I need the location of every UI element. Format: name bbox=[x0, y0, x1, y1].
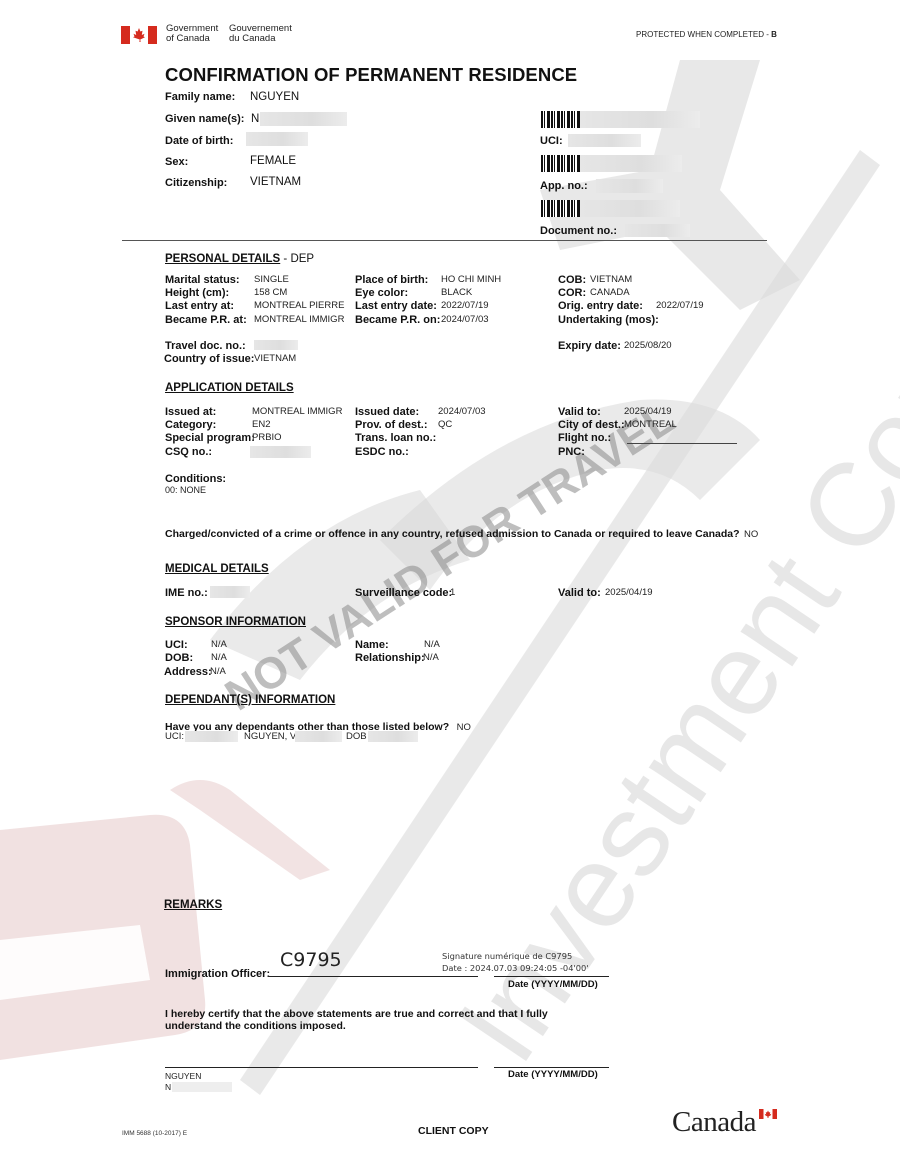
valid-to-value: 2025/04/19 bbox=[624, 406, 672, 417]
last-entry-at-value: MONTREAL PIERRE bbox=[254, 300, 344, 311]
dob-label: Date of birth: bbox=[165, 135, 233, 147]
eye-color-label: Eye color: bbox=[355, 287, 408, 299]
csq-label: CSQ no.: bbox=[165, 446, 212, 458]
wordmark-flag-icon bbox=[759, 1109, 777, 1119]
redacted-dependant-uci bbox=[185, 731, 238, 742]
criminality-answer: NO bbox=[744, 529, 758, 540]
sex-value: FEMALE bbox=[250, 155, 296, 167]
valid-to-label: Valid to: bbox=[558, 406, 601, 418]
last-entry-at-label: Last entry at: bbox=[165, 300, 234, 312]
officer-date-caption: Date (YYYY/MM/DD) bbox=[508, 979, 598, 990]
marital-status-value: SINGLE bbox=[254, 274, 289, 285]
sponsor-name-value: N/A bbox=[424, 639, 440, 650]
app-no-barcode bbox=[541, 155, 581, 172]
redacted-given-names bbox=[260, 112, 347, 126]
officer-date-line bbox=[494, 976, 609, 977]
sponsor-dob-label: DOB: bbox=[165, 652, 193, 664]
canada-wordmark: Canada bbox=[672, 1106, 782, 1138]
sponsor-dob-value: N/A bbox=[211, 652, 227, 663]
dependant-uci-label: UCI: bbox=[165, 731, 184, 742]
canada-wordmark-text: Canada bbox=[672, 1106, 756, 1138]
redacted-csq bbox=[250, 446, 311, 458]
personal-details-heading: PERSONAL DETAILS - DEP bbox=[165, 249, 314, 267]
cob-value: VIETNAM bbox=[590, 274, 632, 285]
pr-confirmation-document: Government of Canada Gouvernement du Can… bbox=[0, 0, 900, 1165]
uci-label: UCI: bbox=[540, 135, 563, 147]
sponsor-address-label: Address: bbox=[164, 666, 212, 678]
issued-date-value: 2024/07/03 bbox=[438, 406, 486, 417]
cor-label: COR: bbox=[558, 287, 586, 299]
place-of-birth-value: HO CHI MINH bbox=[441, 274, 501, 285]
client-date-line bbox=[494, 1067, 609, 1068]
application-details-heading: APPLICATION DETAILS bbox=[165, 382, 294, 394]
cor-value: CANADA bbox=[590, 287, 630, 298]
document-no-label: Document no.: bbox=[540, 225, 617, 237]
country-of-issue-value: VIETNAM bbox=[254, 353, 296, 364]
client-copy-label: CLIENT COPY bbox=[418, 1125, 489, 1137]
redacted-document-no bbox=[625, 224, 690, 237]
height-value: 158 CM bbox=[254, 287, 287, 298]
redacted-app-no bbox=[596, 179, 663, 193]
sponsor-name-label: Name: bbox=[355, 639, 389, 651]
dependants-answer: NO bbox=[457, 722, 471, 733]
marital-status-label: Marital status: bbox=[165, 274, 240, 286]
eye-color-value: BLACK bbox=[441, 287, 472, 298]
sponsor-uci-label: UCI: bbox=[165, 639, 188, 651]
place-of-birth-label: Place of birth: bbox=[355, 274, 428, 286]
medical-valid-to-label: Valid to: bbox=[558, 587, 601, 599]
surveillance-label: Surveillance code: bbox=[355, 587, 452, 599]
surveillance-value: 1 bbox=[450, 587, 455, 598]
dependants-heading: DEPENDANT(S) INFORMATION bbox=[165, 694, 335, 706]
signer-given-name: N bbox=[165, 1082, 171, 1092]
page-title: CONFIRMATION OF PERMANENT RESIDENCE bbox=[165, 64, 577, 86]
remarks-heading: REMARKS bbox=[164, 899, 222, 911]
protected-label: PROTECTED WHEN COMPLETED - B bbox=[636, 30, 777, 39]
client-signature-line bbox=[165, 1067, 478, 1068]
city-dest-value: MONTREAL bbox=[624, 419, 677, 430]
personal-details-title: PERSONAL DETAILS bbox=[165, 253, 280, 265]
became-pr-at-label: Became P.R. at: bbox=[165, 314, 247, 326]
height-label: Height (cm): bbox=[165, 287, 229, 299]
medical-details-heading: MEDICAL DETAILS bbox=[165, 563, 269, 575]
country-of-issue-label: Country of issue: bbox=[164, 353, 254, 365]
flight-no-line bbox=[627, 443, 737, 444]
canada-flag-icon bbox=[121, 26, 157, 44]
criminality-row: Charged/convicted of a crime or offence … bbox=[165, 524, 758, 542]
redacted-dob bbox=[246, 132, 308, 146]
expiry-date-value: 2025/08/20 bbox=[624, 340, 672, 351]
given-names-value: N bbox=[251, 113, 259, 125]
esdc-label: ESDC no.: bbox=[355, 446, 409, 458]
became-pr-on-value: 2024/07/03 bbox=[441, 314, 489, 325]
given-names-label: Given name(s): bbox=[165, 113, 244, 125]
conditions-label: Conditions: bbox=[165, 473, 226, 485]
sponsor-address-value: N/A bbox=[210, 666, 226, 677]
citizenship-value: VIETNAM bbox=[250, 176, 301, 188]
became-pr-at-value: MONTREAL IMMIGR bbox=[254, 314, 344, 325]
citizenship-label: Citizenship: bbox=[165, 177, 227, 189]
medical-valid-to-value: 2025/04/19 bbox=[605, 587, 653, 598]
special-program-value: PRBIO bbox=[252, 432, 282, 443]
redacted-uci-barcode bbox=[580, 111, 700, 128]
travel-doc-label: Travel doc. no.: bbox=[165, 340, 246, 352]
digital-signature-line1: Signature numérique de C9795 bbox=[442, 950, 589, 962]
redacted-dependant-name bbox=[295, 731, 342, 742]
conditions-value: 00: NONE bbox=[165, 485, 206, 495]
digital-signature-block: Signature numérique de C9795 Date : 2024… bbox=[442, 950, 589, 974]
client-date-caption: Date (YYYY/MM/DD) bbox=[508, 1069, 598, 1080]
issued-date-label: Issued date: bbox=[355, 406, 419, 418]
orig-entry-date-label: Orig. entry date: bbox=[558, 300, 643, 312]
flight-no-label: Flight no.: bbox=[558, 432, 611, 444]
undertaking-label: Undertaking (mos): bbox=[558, 314, 659, 326]
orig-entry-date-value: 2022/07/19 bbox=[656, 300, 704, 311]
sponsor-uci-value: N/A bbox=[211, 639, 227, 650]
pnc-label: PNC: bbox=[558, 446, 585, 458]
uci-barcode bbox=[541, 111, 581, 128]
redacted-ime bbox=[210, 586, 250, 598]
document-no-barcode bbox=[541, 200, 581, 217]
redacted-signer-given bbox=[172, 1082, 232, 1092]
trans-loan-label: Trans. loan no.: bbox=[355, 432, 436, 444]
personal-details-suffix: - DEP bbox=[280, 253, 314, 265]
redacted-travel-doc bbox=[254, 340, 298, 350]
immigration-officer-label: Immigration Officer: bbox=[165, 968, 270, 980]
sponsor-relationship-value: N/A bbox=[423, 652, 439, 663]
digital-signature-line2: Date : 2024.07.03 09:24:05 -04'00' bbox=[442, 962, 589, 974]
redacted-dependant-dob bbox=[368, 731, 418, 742]
protected-text: PROTECTED WHEN COMPLETED - bbox=[636, 30, 771, 39]
signer-family-name: NGUYEN bbox=[165, 1071, 201, 1081]
issued-at-label: Issued at: bbox=[165, 406, 216, 418]
prov-dest-value: QC bbox=[438, 419, 452, 430]
redacted-doc-barcode bbox=[580, 200, 680, 217]
officer-signature: C9795 bbox=[280, 949, 342, 971]
last-entry-date-value: 2022/07/19 bbox=[441, 300, 489, 311]
city-dest-label: City of dest.: bbox=[558, 419, 625, 431]
cob-label: COB: bbox=[558, 274, 586, 286]
redacted-uci bbox=[568, 134, 641, 147]
last-entry-date-label: Last entry date: bbox=[355, 300, 437, 312]
gov-en-line2: of Canada bbox=[166, 34, 236, 44]
category-label: Category: bbox=[165, 419, 216, 431]
expiry-date-label: Expiry date: bbox=[558, 340, 621, 352]
form-code: IMM 5688 (10-2017) E bbox=[122, 1130, 187, 1137]
category-value: EN2 bbox=[252, 419, 270, 430]
dependant-name: NGUYEN, V bbox=[244, 731, 296, 742]
criminality-question: Charged/convicted of a crime or offence … bbox=[165, 528, 740, 540]
header-divider bbox=[122, 240, 767, 241]
app-no-label: App. no.: bbox=[540, 180, 588, 192]
certification-text: I hereby certify that the above statemen… bbox=[165, 1008, 565, 1032]
officer-signature-line bbox=[268, 976, 478, 977]
protected-level: B bbox=[771, 30, 777, 39]
dependant-dob-label: DOB bbox=[346, 731, 367, 742]
sex-label: Sex: bbox=[165, 156, 188, 168]
redacted-app-barcode bbox=[580, 155, 682, 172]
issued-at-value: MONTREAL IMMIGR bbox=[252, 406, 342, 417]
gov-fr-line2: du Canada bbox=[229, 34, 309, 44]
sponsor-relationship-label: Relationship: bbox=[355, 652, 425, 664]
family-name-label: Family name: bbox=[165, 91, 235, 103]
ime-label: IME no.: bbox=[165, 587, 208, 599]
became-pr-on-label: Became P.R. on: bbox=[355, 314, 440, 326]
prov-dest-label: Prov. of dest.: bbox=[355, 419, 428, 431]
special-program-label: Special program: bbox=[165, 432, 255, 444]
sponsor-heading: SPONSOR INFORMATION bbox=[165, 616, 306, 628]
family-name-value: NGUYEN bbox=[250, 91, 299, 103]
